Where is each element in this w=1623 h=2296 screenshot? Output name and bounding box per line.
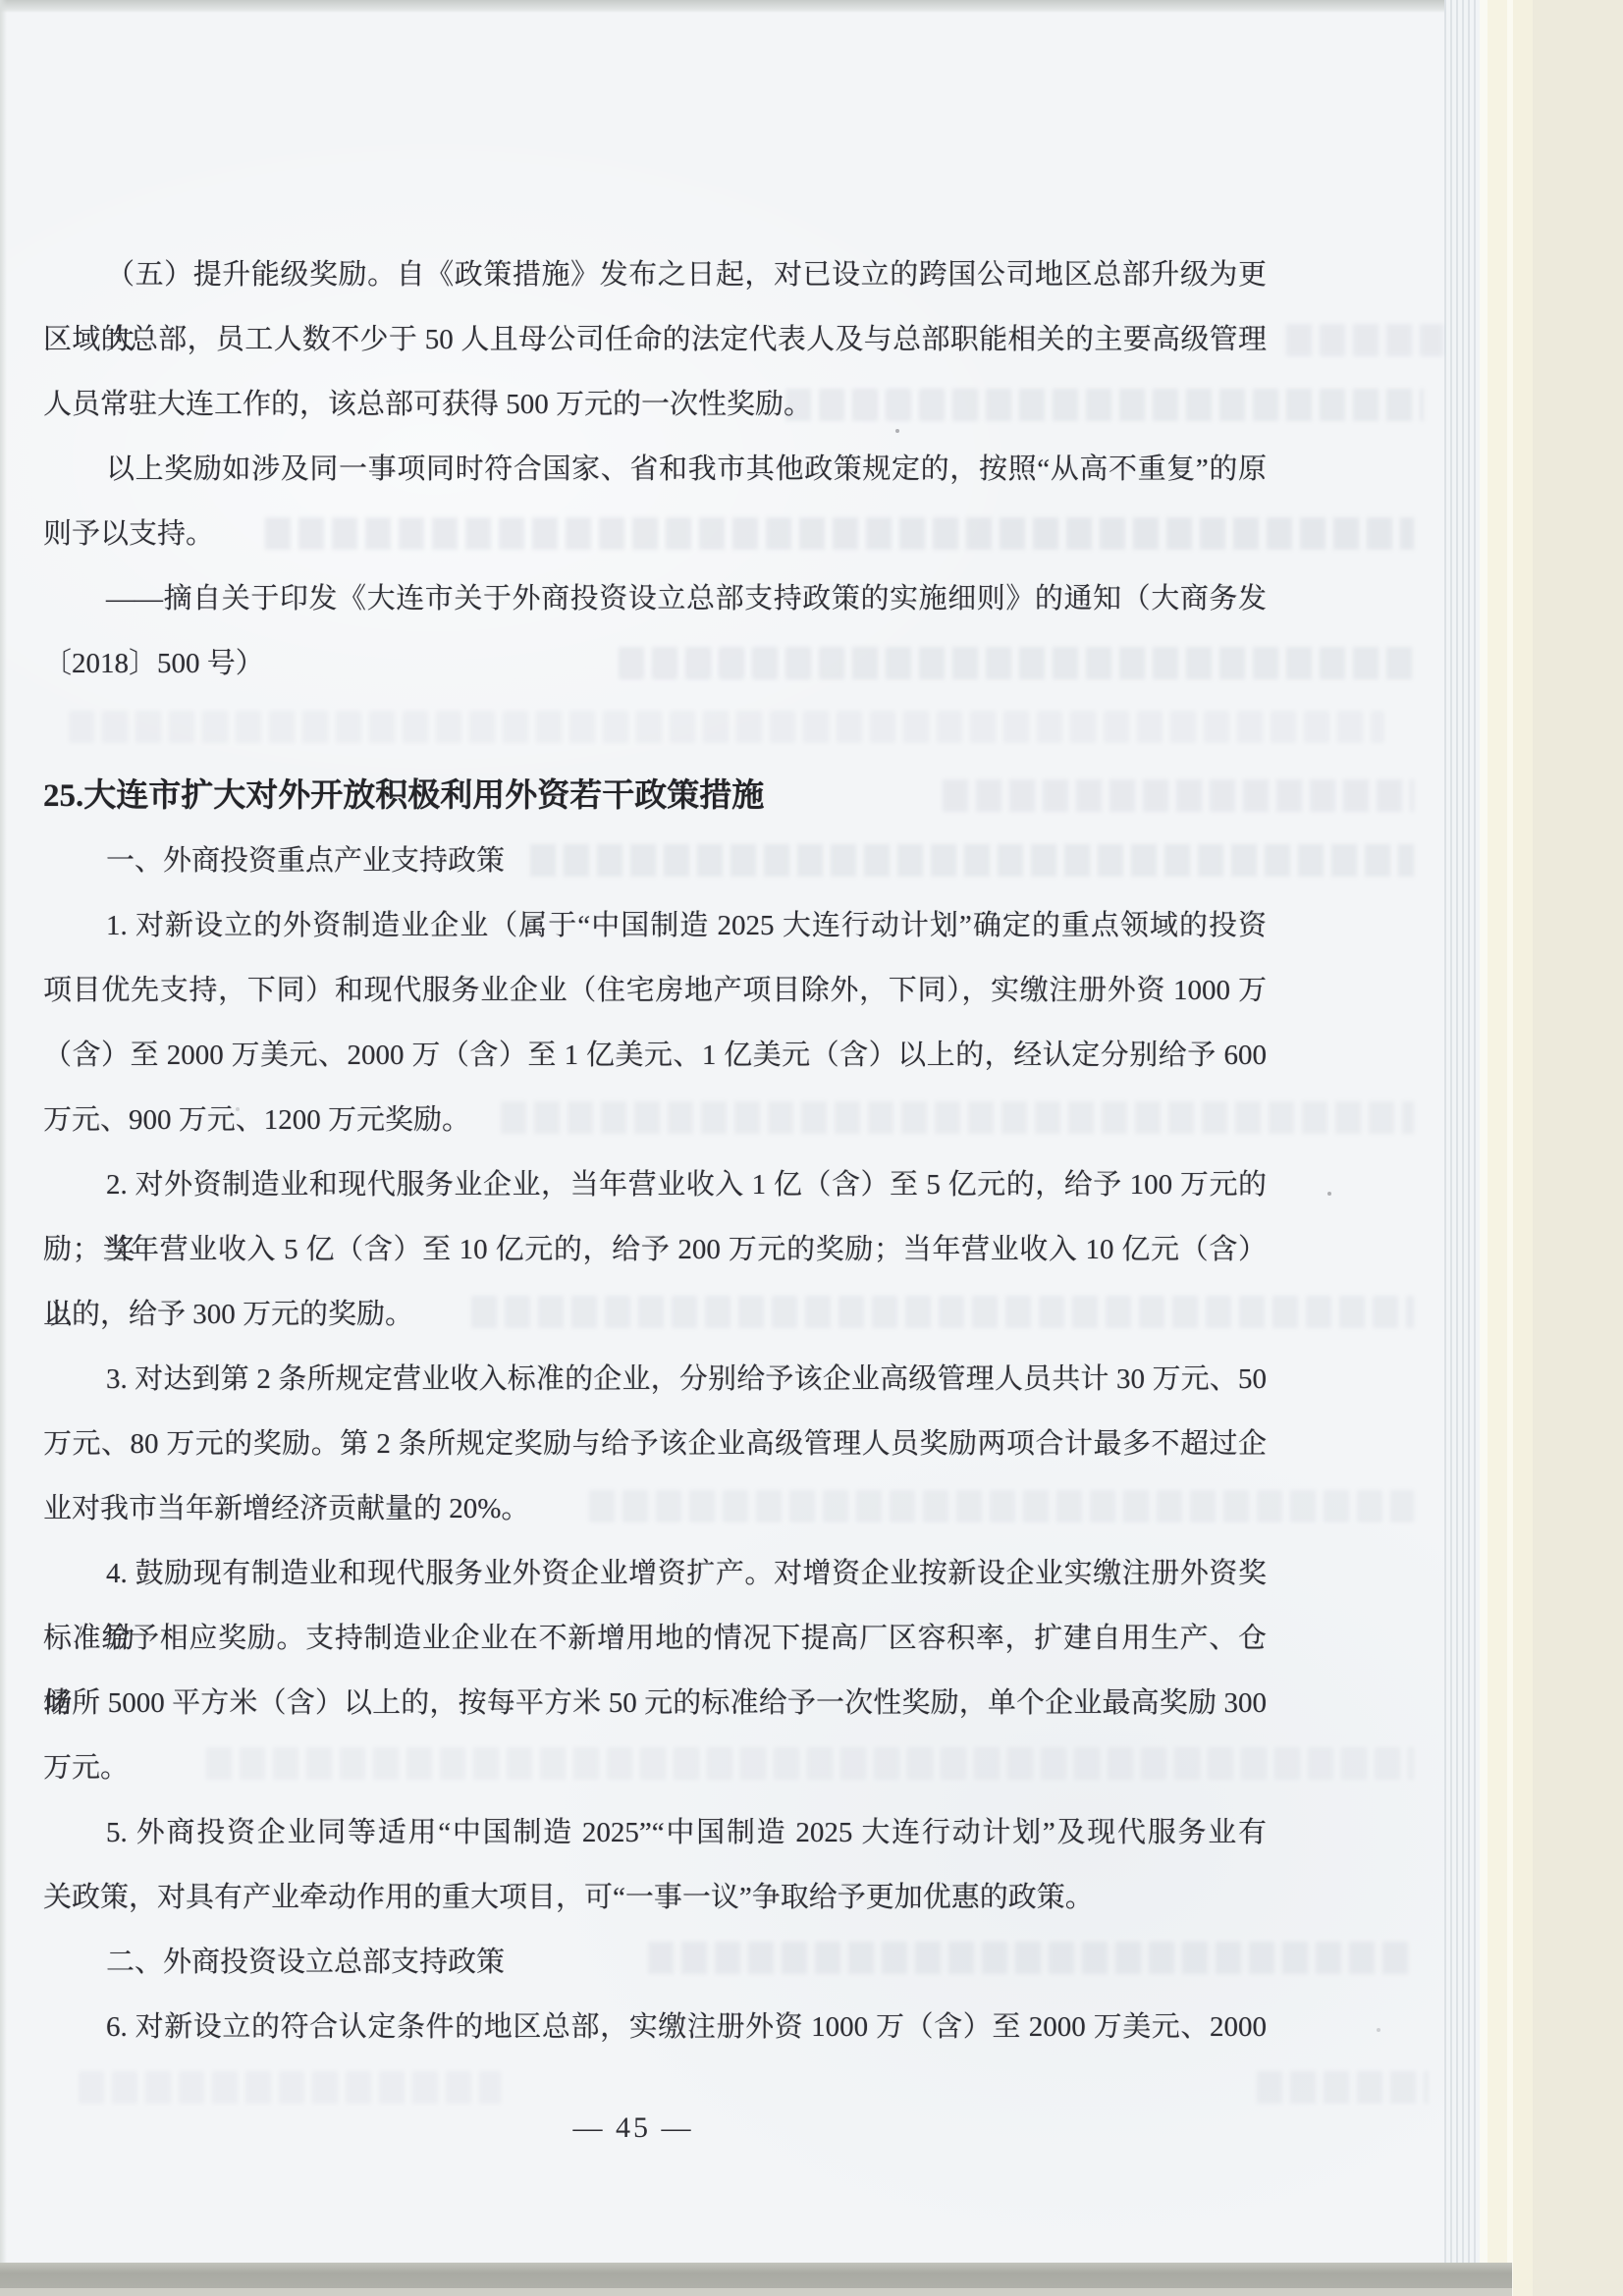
- source-citation-line: ——摘自关于印发《大连市关于外商投资设立总部支持政策的实施细则》的通知（大商务发: [43, 566, 1267, 631]
- book-cover-background: [1533, 0, 1623, 2296]
- paragraph-line: 则予以支持。: [43, 502, 1267, 566]
- bottom-scan-edge-light: [0, 2288, 1512, 2296]
- paragraph-line: （含）至 2000 万美元、2000 万（含）至 1 亿美元、1 亿美元（含）以…: [43, 1023, 1267, 1088]
- book-page-edge-band: [1488, 0, 1507, 2296]
- paragraph-line: 万元、900 万元、1200 万元奖励。: [43, 1088, 1267, 1152]
- left-scan-edge: [0, 0, 7, 2296]
- paragraph-line: 励；当年营业收入 5 亿（含）至 10 亿元的，给予 200 万元的奖励；当年营…: [43, 1217, 1267, 1282]
- scanned-document-page: （五）提升能级奖励。自《政策措施》发布之日起，对已设立的跨国公司地区总部升级为更…: [0, 0, 1623, 2296]
- bottom-scan-edge: [0, 2263, 1512, 2289]
- dust-speck: [1377, 2028, 1380, 2032]
- paragraph-line: 项目优先支持，下同）和现代服务业企业（住宅房地产项目除外，下同），实缴注册外资 …: [43, 958, 1267, 1023]
- top-scan-edge: [0, 0, 1463, 13]
- paragraph-line: 场所 5000 平方米（含）以上的，按每平方米 50 元的标准给予一次性奖励，单…: [43, 1671, 1267, 1735]
- paragraph-line: 5. 外商投资企业同等适用“中国制造 2025”“中国制造 2025 大连行动计…: [43, 1800, 1267, 1865]
- subsection-heading: 一、外商投资重点产业支持政策: [43, 828, 1267, 893]
- paragraph-line: 上的，给予 300 万元的奖励。: [43, 1282, 1267, 1347]
- section-heading: 25.大连市扩大对外开放积极利用外资若干政策措施: [43, 764, 1267, 828]
- page-number: — 45 —: [22, 2096, 1245, 2161]
- paragraph-line: 业对我市当年新增经济贡献量的 20%。: [43, 1476, 1267, 1541]
- paragraph-line: 人员常驻大连工作的，该总部可获得 500 万元的一次性奖励。: [43, 372, 1267, 437]
- paragraph-line: 关政策，对具有产业牵动作用的重大项目，可“一事一议”争取给予更加优惠的政策。: [43, 1865, 1267, 1930]
- paragraph-line: 万元。: [43, 1735, 1267, 1800]
- paragraph-line: 以上奖励如涉及同一事项同时符合国家、省和我市其他政策规定的，按照“从高不重复”的…: [43, 437, 1267, 502]
- paragraph-line: 1. 对新设立的外资制造业企业（属于“中国制造 2025 大连行动计划”确定的重…: [43, 893, 1267, 958]
- document-text-column: （五）提升能级奖励。自《政策措施》发布之日起，对已设立的跨国公司地区总部升级为更…: [43, 242, 1267, 2059]
- dust-speck: [1327, 1192, 1331, 1196]
- subsection-heading: 二、外商投资设立总部支持政策: [43, 1930, 1267, 1995]
- paragraph-line: 万元、80 万元的奖励。第 2 条所规定奖励与给予该企业高级管理人员奖励两项合计…: [43, 1412, 1267, 1476]
- book-page-edge-stripes: [1444, 0, 1480, 2296]
- book-page-edge-band: [1513, 0, 1533, 2296]
- bleed-through-mark: [1257, 2071, 1429, 2104]
- paragraph-line: 6. 对新设立的符合认定条件的地区总部，实缴注册外资 1000 万（含）至 20…: [43, 1995, 1267, 2059]
- paragraph-line: 3. 对达到第 2 条所规定营业收入标准的企业，分别给予该企业高级管理人员共计 …: [43, 1347, 1267, 1412]
- source-citation-line: 〔2018〕500 号）: [43, 631, 1267, 696]
- paragraph-line: 区域的总部，员工人数不少于 50 人且母公司任命的法定代表人及与总部职能相关的主…: [43, 307, 1267, 372]
- paragraph-line: （五）提升能级奖励。自《政策措施》发布之日起，对已设立的跨国公司地区总部升级为更…: [43, 242, 1267, 307]
- bleed-through-mark: [1286, 324, 1443, 356]
- book-page-edge-gap: [1480, 0, 1488, 2296]
- paragraph-line: 4. 鼓励现有制造业和现代服务业外资企业增资扩产。对增资企业按新设企业实缴注册外…: [43, 1541, 1267, 1606]
- paragraph-line: 2. 对外资制造业和现代服务业企业，当年营业收入 1 亿（含）至 5 亿元的，给…: [43, 1152, 1267, 1217]
- paragraph-line: 标准给予相应奖励。支持制造业企业在不新增用地的情况下提高厂区容积率，扩建自用生产…: [43, 1606, 1267, 1671]
